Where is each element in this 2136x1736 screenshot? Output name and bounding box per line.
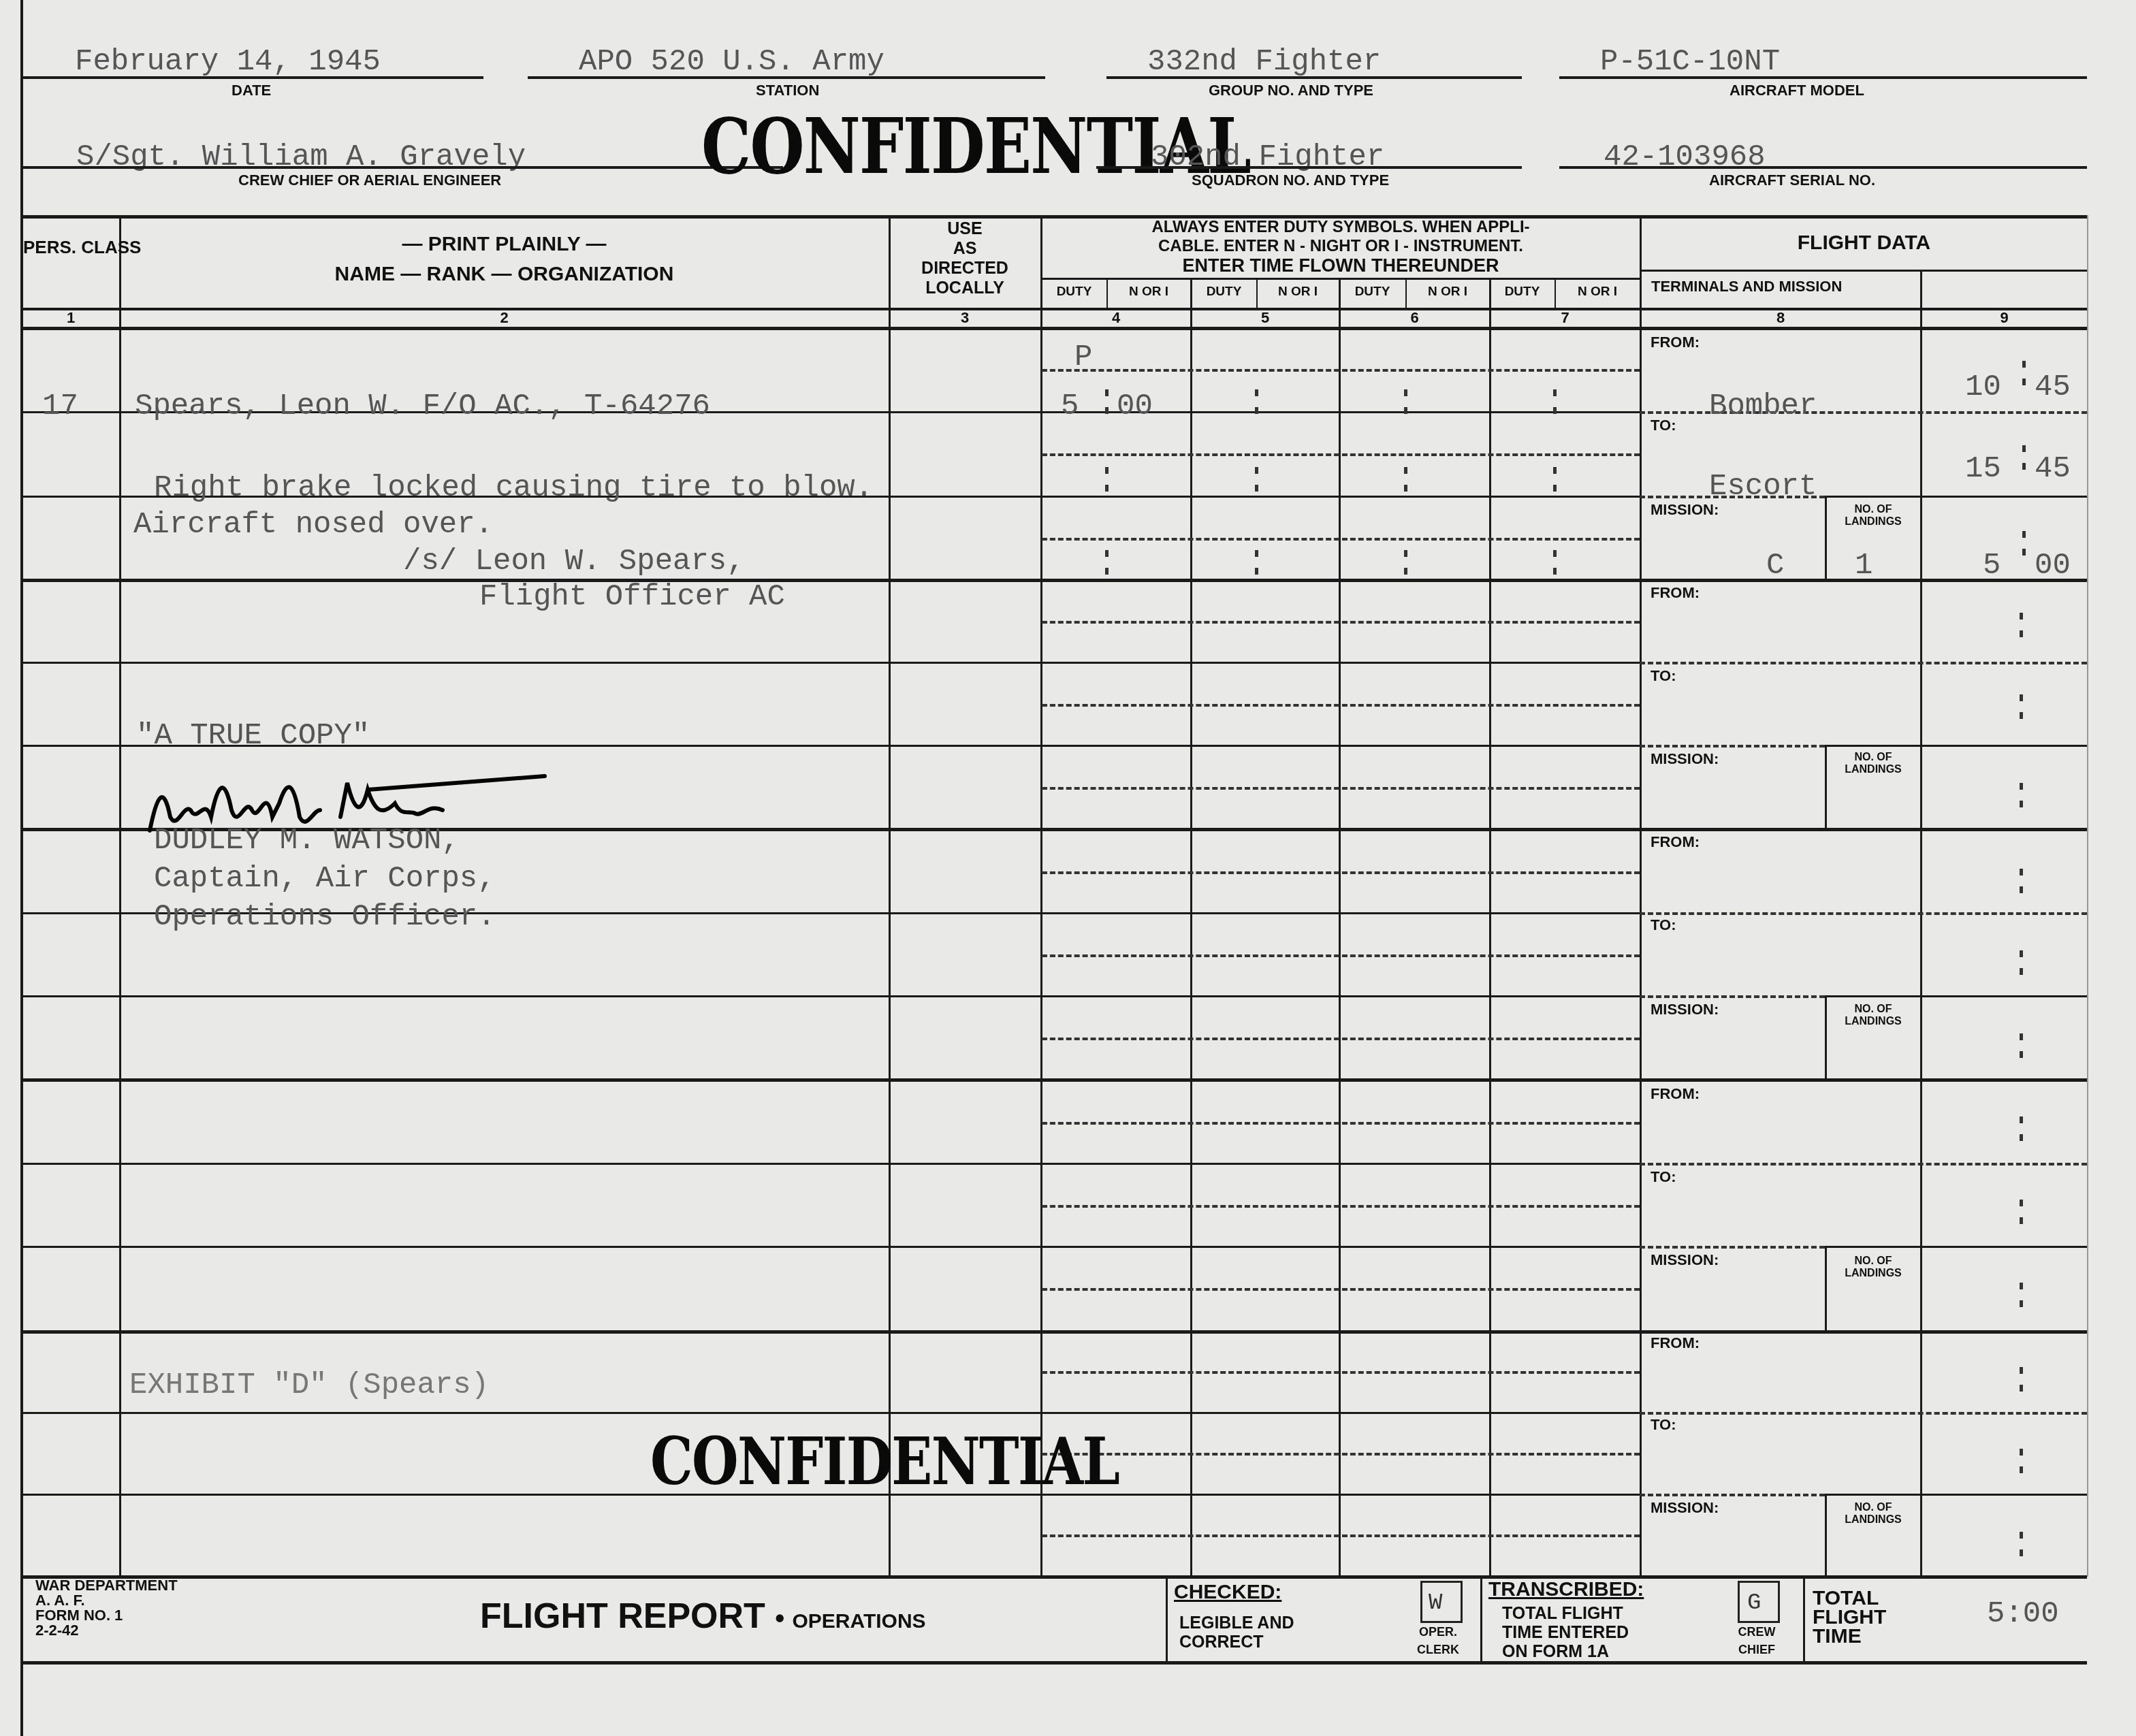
- exhibit-label: EXHIBIT "D" (Spears): [129, 1368, 489, 1402]
- pers-class-value: 17: [42, 389, 78, 423]
- colnum-3: 3: [891, 309, 1039, 327]
- col-divider-1: [119, 215, 121, 1577]
- flight-dash: [1640, 1163, 2087, 1166]
- duty-dash: [1042, 1453, 1640, 1456]
- oper-clerk-initial: W: [1429, 1590, 1442, 1616]
- total-time-hours: 5: [1983, 549, 2000, 583]
- duty-dash: [1042, 1038, 1640, 1040]
- to-time-hours: 15: [1965, 452, 2001, 486]
- from-label: FROM:: [1651, 1085, 1700, 1103]
- subrow-rule: [20, 1163, 1640, 1165]
- from-label: FROM:: [1651, 334, 1700, 351]
- from-label: FROM:: [1651, 584, 1700, 602]
- mission-label: MISSION:: [1651, 750, 1719, 768]
- duty-sub-7a: DUTY: [1491, 285, 1554, 300]
- flight-mission-rule: [1825, 1494, 2087, 1496]
- duty-dash: [1042, 1288, 1640, 1291]
- flight-dash: [1640, 912, 2087, 915]
- duty-sub-7b: N OR I: [1556, 285, 1639, 300]
- total-flight-time-value: 5:00: [1987, 1597, 2059, 1631]
- duty-dash: [1042, 1122, 1640, 1125]
- serial-label: AIRCRAFT SERIAL NO.: [1709, 172, 1875, 189]
- block-rule-3: [20, 1078, 2087, 1082]
- flight-data-sub-rule: [1640, 270, 2087, 272]
- duty-minutes: 00: [1117, 389, 1153, 423]
- squadron-underline: [1096, 166, 1522, 169]
- landings-divider: [1825, 1246, 1827, 1332]
- duty-dash: [1042, 1534, 1640, 1537]
- from-label: FROM:: [1651, 833, 1700, 851]
- duty-sub-5a: DUTY: [1192, 285, 1256, 300]
- crew-chief-label: CREW CHIEF OR AERIAL ENGINEER: [238, 172, 501, 189]
- colnum-bottom-rule: [20, 327, 2087, 330]
- colnum-2: 2: [121, 309, 887, 327]
- duty-dash: [1042, 538, 1640, 541]
- checked-sub: LEGIBLE AND CORRECT: [1179, 1613, 1294, 1652]
- duty-instructions-header: ALWAYS ENTER DUTY SYMBOLS. WHEN APPLI- C…: [1043, 218, 1638, 275]
- duty-sub-5b: N OR I: [1258, 285, 1338, 300]
- crew-chief-initial: G: [1747, 1590, 1761, 1616]
- landings-label: NO. OFLANDINGS: [1828, 504, 1919, 528]
- from-time-minutes: 45: [2035, 370, 2071, 404]
- duty-sub-4b: N OR I: [1108, 285, 1190, 300]
- station-label: STATION: [756, 82, 819, 99]
- col-divider-2: [889, 215, 891, 1577]
- confidential-stamp-bottom: CONFIDENTIAL: [650, 1423, 1119, 1500]
- block-rule-4: [20, 1330, 2087, 1334]
- duty-dash: [1042, 871, 1640, 874]
- transcribed-sub: TOTAL FLIGHT TIME ENTERED ON FORM 1A: [1502, 1604, 1629, 1661]
- use-as-directed-header: USE AS DIRECTED LOCALLY: [891, 219, 1039, 298]
- mission-label: MISSION:: [1651, 1499, 1719, 1517]
- flight-dash: [1640, 662, 2087, 664]
- form-title: FLIGHT REPORT • OPERATIONS: [480, 1596, 926, 1637]
- colnum-4: 4: [1042, 309, 1190, 327]
- duty-dash: [1042, 369, 1640, 372]
- col-divider-6: [1489, 278, 1491, 1577]
- duty-dash: [1042, 1371, 1640, 1374]
- date-underline: [20, 76, 483, 79]
- date-label: DATE: [232, 82, 271, 99]
- total-time-minutes: 00: [2035, 549, 2071, 583]
- station-value: APO 520 U.S. Army: [579, 45, 884, 79]
- subrow-rule: [20, 1412, 1640, 1414]
- landings-label: NO. OFLANDINGS: [1828, 1255, 1919, 1280]
- to-label: TO:: [1651, 667, 1676, 685]
- crew-chief-label: CREW CHIEF: [1723, 1623, 1791, 1658]
- station-underline: [528, 76, 1045, 79]
- duty-dash: [1042, 787, 1640, 790]
- from-value: Bomber: [1709, 389, 1817, 423]
- certifier-title: Operations Officer.: [154, 900, 496, 934]
- landings-divider: [1825, 995, 1827, 1080]
- footer-bottom-rule: [20, 1661, 2087, 1665]
- duty-dash: [1042, 621, 1640, 624]
- duty-dash: [1042, 704, 1640, 707]
- from-time-hours: 10: [1965, 370, 2001, 404]
- transcribed-label: TRANSCRIBED:: [1488, 1578, 1644, 1601]
- landings-label: NO. OFLANDINGS: [1828, 1003, 1919, 1028]
- certifier-rank: Captain, Air Corps,: [154, 862, 496, 896]
- serial-value: 42-103968: [1604, 140, 1766, 174]
- colnum-6: 6: [1340, 309, 1489, 327]
- terminals-mission-header: TERMINALS AND MISSION: [1651, 278, 1842, 295]
- remark-line-1: Right brake locked causing tire to blow.: [154, 471, 873, 505]
- duty-sub-6a: DUTY: [1340, 285, 1405, 300]
- aircraft-model-label: AIRCRAFT MODEL: [1729, 82, 1864, 99]
- duty-symbol: P: [1074, 340, 1092, 374]
- crew-name-value: Spears, Leon W. F/O AC., T-64276: [135, 389, 710, 423]
- duty-dash: [1042, 954, 1640, 957]
- duty-dash: [1042, 1205, 1640, 1208]
- landings-divider: [1825, 745, 1827, 829]
- footer-divider-2: [1480, 1577, 1482, 1662]
- group-underline: [1106, 76, 1522, 79]
- footer-divider-3: [1803, 1577, 1805, 1662]
- crew-chief-value: S/Sgt. William A. Gravely: [76, 140, 526, 174]
- mission-value: C: [1766, 549, 1784, 583]
- aircraft-model-underline: [1559, 76, 2087, 79]
- remark-signature-title: Flight Officer AC: [479, 580, 785, 614]
- group-label: GROUP NO. AND TYPE: [1209, 82, 1373, 99]
- flight-dash: [1640, 745, 1825, 748]
- checked-label: CHECKED:: [1174, 1581, 1281, 1604]
- war-dept-block: WAR DEPARTMENT A. A. F. FORM NO. 1 2-2-4…: [35, 1578, 178, 1638]
- landings-label: NO. OFLANDINGS: [1828, 1502, 1919, 1526]
- aircraft-model-value: P-51C-10NT: [1600, 45, 1780, 79]
- to-label: TO:: [1651, 1416, 1676, 1434]
- mission-label: MISSION:: [1651, 1001, 1719, 1018]
- flight-dash: [1640, 995, 1825, 998]
- colnum-1: 1: [23, 309, 118, 327]
- col-divider-7: [1640, 215, 1642, 1577]
- landings-label: NO. OFLANDINGS: [1828, 752, 1919, 776]
- colnum-5: 5: [1192, 309, 1339, 327]
- remark-line-2: Aircraft nosed over.: [133, 508, 493, 542]
- duty-sub-6b: N OR I: [1407, 285, 1488, 300]
- to-value: Escort: [1709, 470, 1817, 504]
- colnum-7: 7: [1491, 309, 1640, 327]
- total-flight-time-label: TOTAL FLIGHT TIME: [1813, 1589, 1886, 1646]
- date-value: February 14, 1945: [75, 45, 381, 79]
- footer-divider-1: [1166, 1577, 1168, 1662]
- flight-mission-rule: [1825, 995, 2087, 997]
- flight-mission-rule: [1825, 1246, 2087, 1248]
- landings-value: 1: [1855, 549, 1872, 583]
- flight-dash: [1640, 411, 2087, 414]
- col-divider-5: [1339, 278, 1341, 1577]
- table-bottom-rule: [20, 1575, 2087, 1579]
- subrow-rule: [20, 1246, 1640, 1248]
- from-label: FROM:: [1651, 1334, 1700, 1352]
- landings-divider: [1825, 496, 1827, 580]
- subrow-rule: [20, 995, 1640, 997]
- flight-data-header: FLIGHT DATA: [1641, 231, 2087, 255]
- print-plainly-header: — PRINT PLAINLY —: [121, 233, 887, 256]
- oper-clerk-label: OPER. CLERK: [1404, 1623, 1472, 1658]
- flight-mission-rule: [1825, 745, 2087, 747]
- squadron-label: SQUADRON NO. AND TYPE: [1192, 172, 1389, 189]
- subrow-rule: [20, 662, 1640, 664]
- mission-label: MISSION:: [1651, 1251, 1719, 1269]
- duty-dash: [1042, 453, 1640, 456]
- squadron-value: 302nd Fighter: [1151, 140, 1384, 174]
- certifier-name: DUDLEY M. WATSON,: [154, 824, 460, 858]
- col-divider-8: [1920, 270, 1922, 1577]
- duty-sub-4a: DUTY: [1042, 285, 1106, 300]
- to-label: TO:: [1651, 916, 1676, 934]
- serial-underline: [1559, 166, 2087, 169]
- to-label: TO:: [1651, 417, 1676, 434]
- to-label: TO:: [1651, 1168, 1676, 1186]
- crew-chief-underline: [20, 166, 783, 169]
- table-right-edge: [2087, 215, 2088, 1577]
- duty-hours: 5: [1061, 389, 1079, 423]
- group-value: 332nd Fighter: [1147, 45, 1381, 79]
- remark-signature-line: /s/ Leon W. Spears,: [403, 545, 745, 579]
- flight-dash: [1640, 1494, 1825, 1496]
- colnum-9: 9: [1922, 309, 2087, 327]
- true-copy-text: "A TRUE COPY": [136, 719, 370, 753]
- title-bullet: •: [775, 1604, 792, 1634]
- col-divider-4: [1190, 278, 1192, 1577]
- colnum-8: 8: [1641, 309, 1920, 327]
- landings-divider: [1825, 1494, 1827, 1577]
- flight-dash: [1640, 1246, 1825, 1249]
- to-time-minutes: 45: [2035, 452, 2071, 486]
- name-rank-org-header: NAME — RANK — ORGANIZATION: [121, 263, 887, 286]
- flight-dash: [1640, 1412, 2087, 1415]
- flight-mission-rule: [1825, 496, 2087, 498]
- page-left-border: [20, 0, 23, 1736]
- pers-class-header: PERS. CLASS: [23, 238, 118, 256]
